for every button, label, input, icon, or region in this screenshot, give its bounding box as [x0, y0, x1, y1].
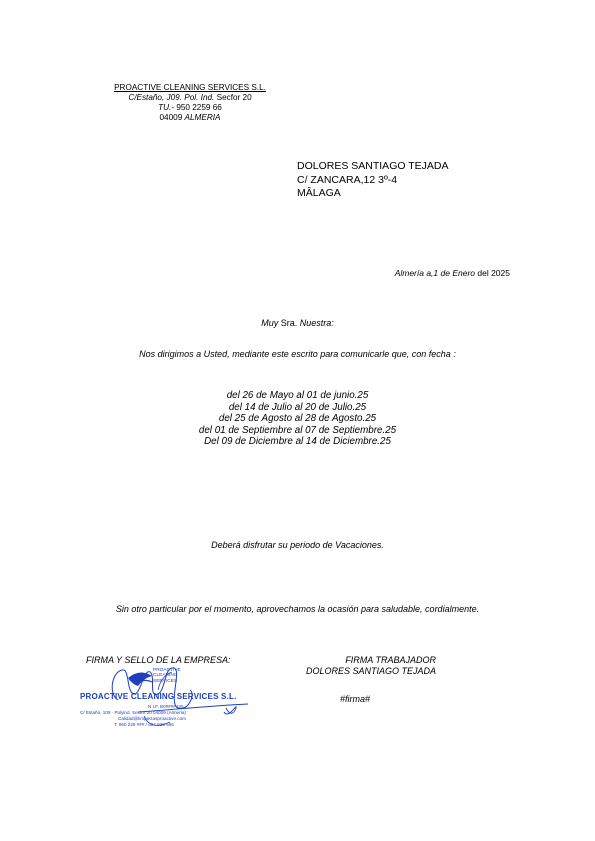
stamp-company-name: PROACTIVE CLEANING SERVICES S.L. [80, 692, 237, 701]
vacation-period: del 01 de Septiembre al 07 de Septiembre… [0, 425, 595, 437]
greeting: Muy Sra. Nuestra: [0, 318, 595, 328]
sender-address: C/Estaño, J09. Pol. Ind. Secfor 20 [90, 93, 290, 103]
company-stamp: PROACTIVE CLEANING SERVICES PROACTIVE CL… [78, 664, 258, 740]
recipient-name: DOLORES SANTIAGO TEJADA [297, 160, 449, 174]
worker-name: DOLORES SANTIAGO TEJADA [296, 666, 436, 677]
vacation-notice: Deberá disfrutar su periodo de Vacacione… [0, 540, 595, 550]
vacation-periods-list: del 26 de Mayo al 01 de junio.25 del 14 … [0, 390, 595, 448]
worker-signature-label: FIRMA TRABAJADOR [296, 655, 436, 666]
sender-city: 04009 ALMERIA [90, 113, 290, 123]
stamp-nif: N.I.F. B0####135 [148, 704, 184, 709]
sender-block: PROACTIVE CLEANING SERVICES S.L. C/Estañ… [90, 83, 290, 123]
intro-paragraph: Nos dirigimos a Usted, mediante este esc… [0, 349, 595, 359]
stamp-logo-text: PROACTIVE CLEANING SERVICES [153, 668, 181, 684]
vacation-period: del 26 de Mayo al 01 de junio.25 [0, 390, 595, 402]
worker-signature-block: FIRMA TRABAJADOR DOLORES SANTIAGO TEJADA [296, 655, 436, 677]
sender-company-name: PROACTIVE CLEANING SERVICES S.L. [90, 83, 290, 93]
vacation-period: del 25 de Agosto al 28 de Agosto.25 [0, 413, 595, 425]
worker-signature-placeholder: #firma# [340, 694, 370, 704]
stamp-address: C/ Estaño, 109 · Polyind. Sector 20 0400… [80, 710, 186, 715]
vacation-period: Del 09 de Diciembre al 14 de Diciembre.2… [0, 436, 595, 448]
sender-phone: TU.- 950 2259 66 [90, 103, 290, 113]
letter-date: Almería a,1 de Enero del 2025 [395, 268, 510, 278]
stamp-phone: T. 950 225 ### / 664 828 566 [114, 722, 174, 727]
closing-paragraph: Sin otro particular por el momento, apro… [0, 604, 595, 614]
vacation-period: del 14 de Julio al 20 de Julio.25 [0, 402, 595, 414]
recipient-address: C/ ZANCARA,12 3º-4 [297, 174, 449, 188]
recipient-city: MÂLAGA [297, 187, 449, 201]
recipient-block: DOLORES SANTIAGO TEJADA C/ ZANCARA,12 3º… [297, 160, 449, 201]
stamp-email: Calidad@limpiezasproactive.com [118, 716, 186, 721]
